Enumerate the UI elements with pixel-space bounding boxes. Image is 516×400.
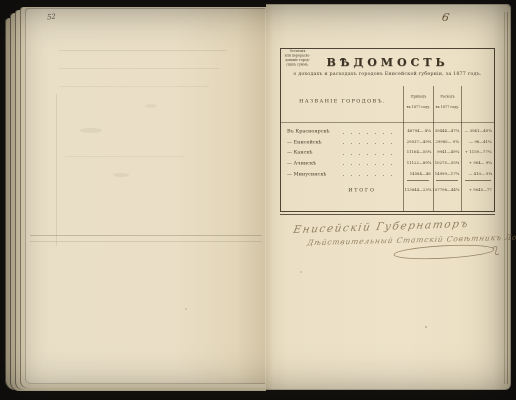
table-row: Въ Красноярскѣ 46794— 4¼ 39444—47¾ — 394… [281,126,494,137]
city-cell: — Енисейскѣ [281,137,403,148]
total-expense-value: 107798—44¾ [432,187,459,191]
table-total-row: ИТОГО 113844—23¾ 107798—44¾ + 9045—77 [281,183,494,196]
city-name: Въ Красноярскѣ [287,129,330,135]
income-value: 14584—48 [410,172,431,176]
sum-rule [465,180,491,181]
expense-cell: 14999—17¾ [433,168,461,179]
fore-edge-line [504,12,505,384]
left-page: 52 [25,8,265,384]
paper-speck [185,308,187,310]
table-row: — Ачинскѣ 11122—89¾ 10275—55¼ + 904— 9¼ [281,158,494,169]
handwritten-signature: Енисейскій Губернаторъ Дѣйствительный Ст… [290,220,502,264]
balance-value: + 904— 9¼ [469,161,492,165]
expense-cell: 10275—55¼ [433,158,461,169]
total-expense-cell: 107798—44¾ [433,183,461,196]
total-label-cell: ИТОГО [281,183,403,196]
show-through-line [30,235,262,236]
expense-value: 10275—55¼ [434,161,459,165]
table-row: — Минусинскѣ 14584—48 14999—17¾ — 410— 9… [281,168,494,179]
total-income-value: 113844—23¾ [404,187,431,191]
signature-line-1: Енисейскій Губернаторъ [292,218,470,236]
city-name: — Ачинскѣ [287,160,316,166]
city-cell: — Ачинскѣ [281,158,403,169]
expense-value: 29985— 9¾ [436,140,459,144]
sum-rules [281,180,494,181]
city-cell: — Минусинскѣ [281,168,403,179]
income-cell: 14584—48 [403,168,433,179]
document-subtitle-text: о доходахъ и расходахъ городовъ Енисейск… [281,71,494,76]
expense-cell: 9941—49¾ [433,147,461,158]
show-through-line [30,241,262,242]
balance-cell: — 98—41¼ [461,137,494,148]
show-through-blot [113,173,129,177]
total-balance-cell: + 9045—77 [461,183,494,196]
show-through-line [65,156,185,157]
balance-value: — 410— 9¼ [468,172,492,176]
document-subtitle: о доходахъ и расходахъ городовъ Енисейск… [281,71,494,80]
income-value: 11122—89¾ [406,161,431,165]
signature-flourish [392,243,500,261]
dot-leaders [343,175,394,176]
dot-leaders [343,133,394,134]
sum-rule [407,180,429,181]
show-through-line [59,86,209,87]
dot-leaders [343,164,394,165]
balance-value: + 1159—77¼ [465,150,492,154]
table-row: — Енисейскѣ 29537—49¼ 29985— 9¾ — 98—41¼ [281,137,494,148]
column-header-balance-l4: скихъ суммъ. [281,62,314,66]
table-row: — Канскѣ 11164—55¼ 9941—49¾ + 1159—77¼ [281,147,494,158]
show-through-line [59,68,219,69]
income-value: 11164—55¼ [406,150,431,154]
expense-cell: 29985— 9¾ [433,137,461,148]
dot-leaders [343,143,394,144]
document-frame: ВѢДОМОСТЬ о доходахъ и расходахъ городов… [280,48,495,212]
column-header-cities-text: НАЗВАНІЕ ГОРОДОВЪ. [281,98,403,104]
expense-value: 9941—49¾ [437,150,459,154]
balance-cell: + 904— 9¼ [461,158,494,169]
balance-value: — 98—41¼ [470,140,492,144]
dot-leaders [343,154,394,155]
archival-book-photo: 52 6 ВѢДОМОСТЬ о доходахъ и расходахъ го… [0,0,516,400]
total-balance-value: + 9045—77 [469,187,492,191]
total-income-cell: 113844—23¾ [403,183,433,196]
column-header-income-l2: въ 1877 году. [403,102,433,113]
paper-speck [425,326,427,328]
expense-cell: 39444—47¾ [433,126,461,137]
income-value: 29537—49¼ [406,140,431,144]
table-header-rule [281,122,494,123]
city-name: — Енисейскѣ [287,139,322,145]
show-through-blot [80,128,102,133]
show-through-line [56,94,57,246]
city-cell: — Канскѣ [281,147,403,158]
column-header-cities: НАЗВАНІЕ ГОРОДОВЪ. [281,98,403,107]
paper-speck [300,271,302,273]
income-cell: 11122—89¾ [403,158,433,169]
balance-cell: — 410— 9¼ [461,168,494,179]
income-value: 46794— 4¼ [408,129,431,133]
show-through-line [59,50,227,51]
show-through-blot [145,104,157,108]
corner-annotation: 52 [47,13,57,22]
balance-cell: + 1159—77¼ [461,147,494,158]
fore-edge-line [507,12,508,384]
city-name: — Минусинскѣ [287,171,326,177]
total-label: ИТОГО [348,187,375,192]
income-cell: 11164—55¼ [403,147,433,158]
city-cell: Въ Красноярскѣ [281,126,403,137]
ink-show-through [25,8,265,384]
income-cell: 29537—49¼ [403,137,433,148]
column-header-expense-l1: Расходъ [433,91,461,102]
right-page: 6 ВѢДОМОСТЬ о доходахъ и расходахъ город… [266,4,511,390]
expense-value: 39444—47¾ [434,129,459,133]
sum-rule [436,180,458,181]
city-name: — Канскѣ [287,150,313,156]
expense-value: 14999—17¾ [434,172,459,176]
folio-number: 6 [441,10,452,24]
balance-cell: — 3941—49¾ [461,126,494,137]
balance-value: — 3941—49¾ [465,129,492,133]
column-header-expense-l2: въ 1877 году. [433,102,461,113]
column-header-income-l1: Приходъ [403,91,433,102]
table-body: Въ Красноярскѣ 46794— 4¼ 39444—47¾ — 394… [281,126,494,179]
income-cell: 46794— 4¼ [403,126,433,137]
